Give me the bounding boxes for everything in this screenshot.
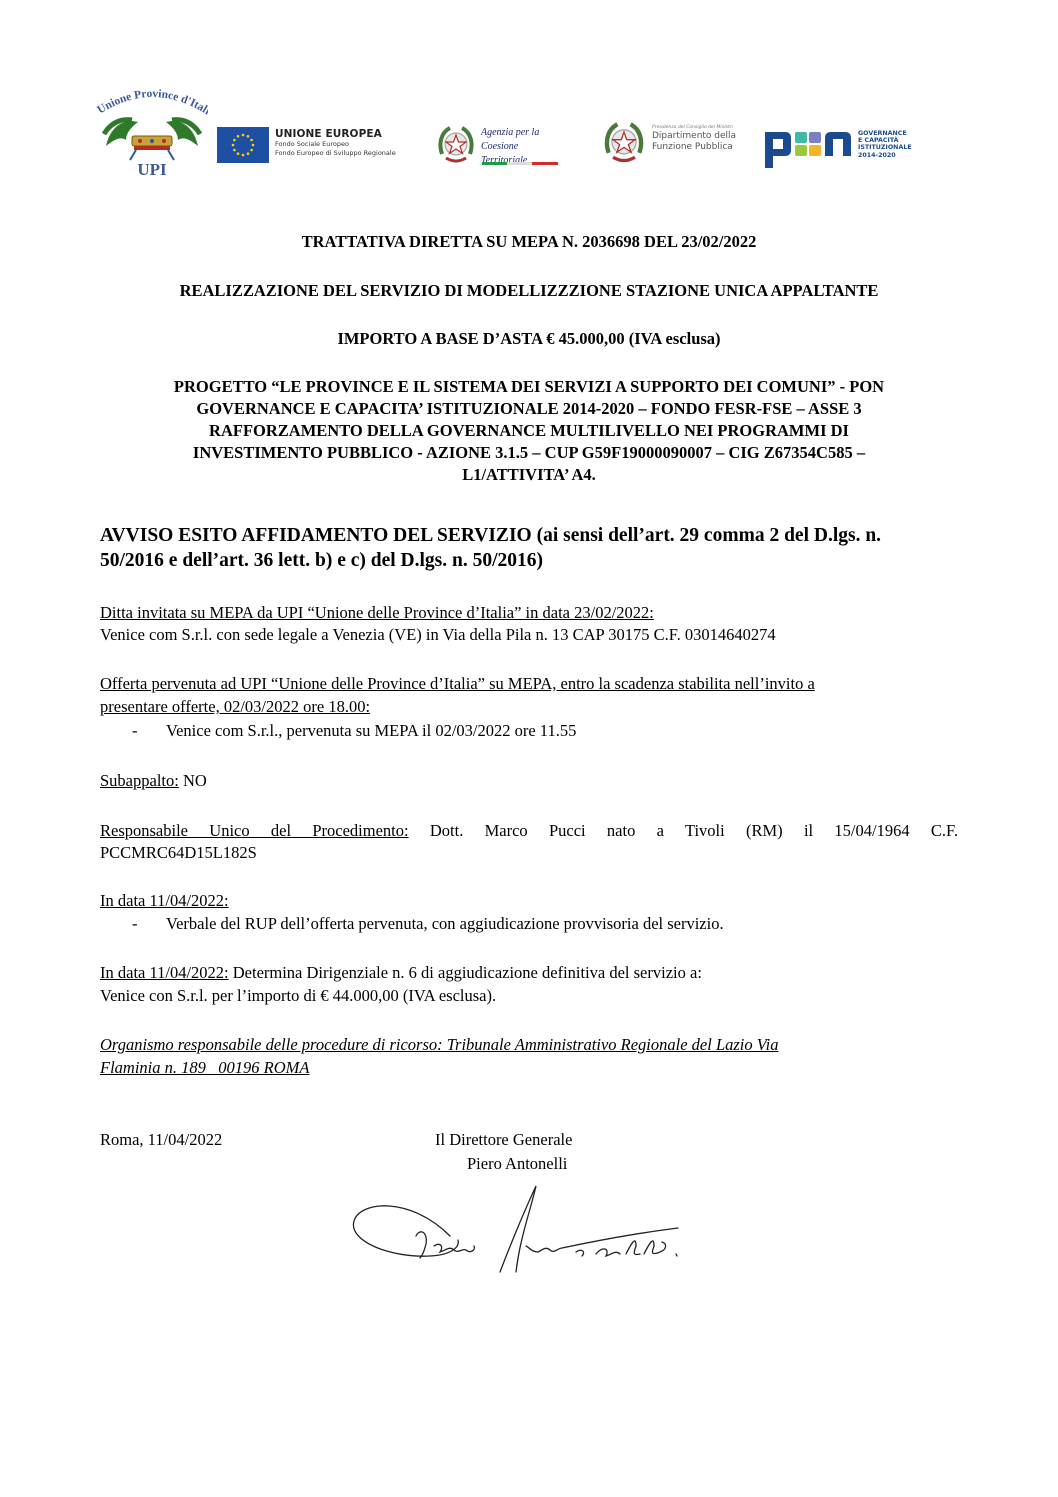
pon-line-2: E CAPACITÀ — [858, 137, 912, 144]
notice-title: AVVISO ESITO AFFIDAMENTO DEL SERVIZIO (a… — [100, 523, 958, 573]
place-date: Roma, 11/04/2022 — [100, 1129, 222, 1151]
ditta-label: Ditta invitata su MEPA da UPI “Unione de… — [100, 602, 654, 624]
dfp-line-2: Funzione Pubblica — [652, 142, 736, 153]
italian-emblem-icon — [436, 124, 476, 166]
data2-line: In data 11/04/2022: Determina Dirigenzia… — [100, 962, 702, 984]
subappalto: Subappalto: NO — [100, 770, 207, 792]
eu-title: UNIONE EUROPEA — [275, 128, 396, 140]
data2-line-2: Venice con S.r.l. per l’importo di € 44.… — [100, 985, 496, 1007]
project-description: PROGETTO “LE PROVINCE E IL SISTEMA DEI S… — [100, 376, 958, 486]
agenzia-line-1: Agenzia per la — [481, 126, 566, 140]
dfp-presidenza: Presidenza del Consiglio dei Ministri — [652, 124, 736, 131]
italian-emblem-icon — [602, 120, 646, 166]
pon-line-4: 2014-2020 — [858, 152, 912, 159]
rup-codice-fiscale: PCCMRC64D15L182S — [100, 842, 257, 864]
pon-logo: GOVERNANCE E CAPACITÀ ISTITUZIONALE 2014… — [763, 126, 933, 170]
notice-title-bold: AVVISO ESITO AFFIDAMENTO DEL SERVIZIO — [100, 525, 532, 546]
rup-line: Responsabile Unico del Procedimento: Dot… — [100, 820, 958, 842]
eu-flag-icon — [217, 127, 269, 163]
data1-list-item: -Verbale del RUP dell’offerta pervenuta,… — [132, 913, 724, 935]
signature-icon — [350, 1176, 710, 1284]
ricorso-line-1: Organismo responsabile delle procedure d… — [100, 1034, 778, 1056]
signer-name: Piero Antonelli — [467, 1153, 567, 1175]
upi-arc-text: Unione Province d'Italia — [96, 84, 208, 118]
ricorso-line-2: Flaminia n. 189 00196 ROMA — [100, 1057, 309, 1079]
svg-text:Unione Province d'Italia: Unione Province d'Italia — [96, 84, 208, 118]
agenzia-coesione-logo: Agenzia per la Coesione Territoriale — [436, 124, 566, 168]
offerta-item-text: Venice com S.r.l., pervenuta su MEPA il … — [166, 721, 576, 740]
subappalto-label: Subappalto: — [100, 771, 179, 790]
data1-item-text: Verbale del RUP dell’offerta pervenuta, … — [166, 914, 724, 933]
pon-line-3: ISTITUZIONALE — [858, 144, 912, 151]
eu-subtitle-1: Fondo Sociale Europeo — [275, 140, 396, 149]
signer-role: Il Direttore Generale — [435, 1129, 572, 1151]
notice-title-rest: (ai sensi dell’art. 29 comma 2 del D.lgs… — [532, 525, 881, 546]
offerta-list-item: -Venice com S.r.l., pervenuta su MEPA il… — [132, 720, 576, 742]
logo-header: Unione Province d'Italia UPI — [0, 0, 1058, 200]
offerta-label-2: presentare offerte, 02/03/2022 ore 18.00… — [100, 696, 370, 718]
heading-trattativa: TRATTATIVA DIRETTA SU MEPA N. 2036698 DE… — [100, 231, 958, 253]
data2-label: In data 11/04/2022: — [100, 963, 229, 982]
heading-realizzazione: REALIZZAZIONE DEL SERVIZIO DI MODELLIZZZ… — [100, 280, 958, 302]
funzione-pubblica-logo: Presidenza del Consiglio dei Ministri Di… — [602, 120, 752, 166]
project-line: L1/ATTIVITA’ A4. — [100, 464, 958, 486]
dfp-line-1: Dipartimento della — [652, 131, 736, 142]
rup-value: Dott. Marco Pucci nato a Tivoli (RM) il … — [409, 821, 958, 840]
notice-title-line-2: 50/2016 e dell’art. 36 lett. b) e c) del… — [100, 548, 958, 573]
offerta-label: Offerta pervenuta ad UPI “Unione delle P… — [100, 673, 815, 695]
data2-value: Determina Dirigenziale n. 6 di aggiudica… — [229, 963, 702, 982]
bullet-dash: - — [132, 720, 166, 742]
document-page: Unione Province d'Italia UPI — [0, 0, 1058, 1497]
upi-emblem-icon: Unione Province d'Italia — [96, 84, 208, 164]
project-line: RAFFORZAMENTO DELLA GOVERNANCE MULTILIVE… — [100, 420, 958, 442]
project-line: GOVERNANCE E CAPACITA’ ISTITUZIONALE 201… — [100, 398, 958, 420]
eu-subtitle-2: Fondo Europeo di Sviluppo Regionale — [275, 149, 396, 158]
bullet-dash: - — [132, 913, 166, 935]
subappalto-value: NO — [179, 771, 207, 790]
rup-label: Responsabile Unico del Procedimento: — [100, 821, 409, 840]
data1-label: In data 11/04/2022: — [100, 890, 229, 912]
ditta-value: Venice com S.r.l. con sede legale a Vene… — [100, 624, 776, 646]
project-line: INVESTIMENTO PUBBLICO - AZIONE 3.1.5 – C… — [100, 442, 958, 464]
heading-importo: IMPORTO A BASE D’ASTA € 45.000,00 (IVA e… — [100, 328, 958, 350]
upi-label: UPI — [96, 160, 208, 180]
upi-logo: Unione Province d'Italia UPI — [96, 84, 208, 180]
eu-logo: UNIONE EUROPEA Fondo Sociale Europeo Fon… — [217, 127, 407, 165]
signature-image — [350, 1176, 710, 1284]
project-line: PROGETTO “LE PROVINCE E IL SISTEMA DEI S… — [100, 376, 958, 398]
italian-flag-bar — [482, 162, 558, 165]
pon-mark-icon — [763, 126, 855, 170]
